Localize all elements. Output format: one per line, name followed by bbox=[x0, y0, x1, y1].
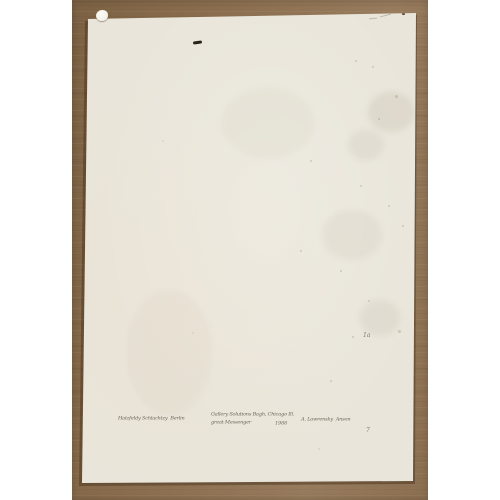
inscription-center-line2: great Messenger bbox=[211, 420, 251, 425]
page: 1a Hatzfeldy Schlachtzy Berlin Gallery S… bbox=[0, 0, 500, 500]
inscription-left: Hatzfeldy Schlachtzy Berlin bbox=[118, 416, 185, 421]
paper-speck bbox=[395, 95, 398, 98]
pencil-mark-side: 1a bbox=[363, 333, 370, 339]
inscription-right: A. Lawrensky Anson bbox=[301, 417, 350, 422]
stain bbox=[222, 88, 314, 158]
photo-of-artwork-verso: 1a Hatzfeldy Schlachtzy Berlin Gallery S… bbox=[72, 0, 428, 500]
paper-speck bbox=[402, 225, 404, 227]
stain bbox=[348, 130, 384, 160]
paper-sheet-verso: 1a Hatzfeldy Schlachtzy Berlin Gallery S… bbox=[72, 0, 428, 500]
paper-speck bbox=[360, 185, 362, 187]
paper-speck bbox=[192, 332, 194, 334]
scratch-mark bbox=[369, 18, 377, 20]
ink-fleck bbox=[193, 40, 202, 44]
stain bbox=[360, 300, 400, 336]
paper-speck bbox=[352, 336, 354, 338]
stain bbox=[127, 290, 212, 415]
paper-speck bbox=[378, 118, 380, 120]
paper-speck bbox=[318, 448, 320, 450]
paper-speck bbox=[330, 380, 332, 382]
pencil-mark-corner: 7 bbox=[366, 428, 370, 434]
stain bbox=[368, 92, 414, 132]
scratch-mark bbox=[380, 14, 391, 18]
edge-speck bbox=[402, 13, 405, 15]
paper-speck bbox=[398, 330, 401, 333]
paper-speck bbox=[340, 270, 342, 272]
tape-remnant bbox=[96, 10, 108, 21]
paper-speck bbox=[372, 66, 374, 68]
paper-speck bbox=[388, 205, 390, 207]
inscription-center-line1: Gallery Solutions Bagh, Chicago Ill. bbox=[211, 412, 294, 417]
stain bbox=[322, 210, 382, 260]
paper-speck bbox=[162, 140, 164, 142]
inscription-center-year: 1988 bbox=[275, 421, 287, 426]
paper-speck bbox=[368, 300, 370, 302]
paper-speck bbox=[300, 250, 302, 252]
paper-speck bbox=[355, 60, 357, 62]
paper-speck bbox=[310, 160, 312, 162]
